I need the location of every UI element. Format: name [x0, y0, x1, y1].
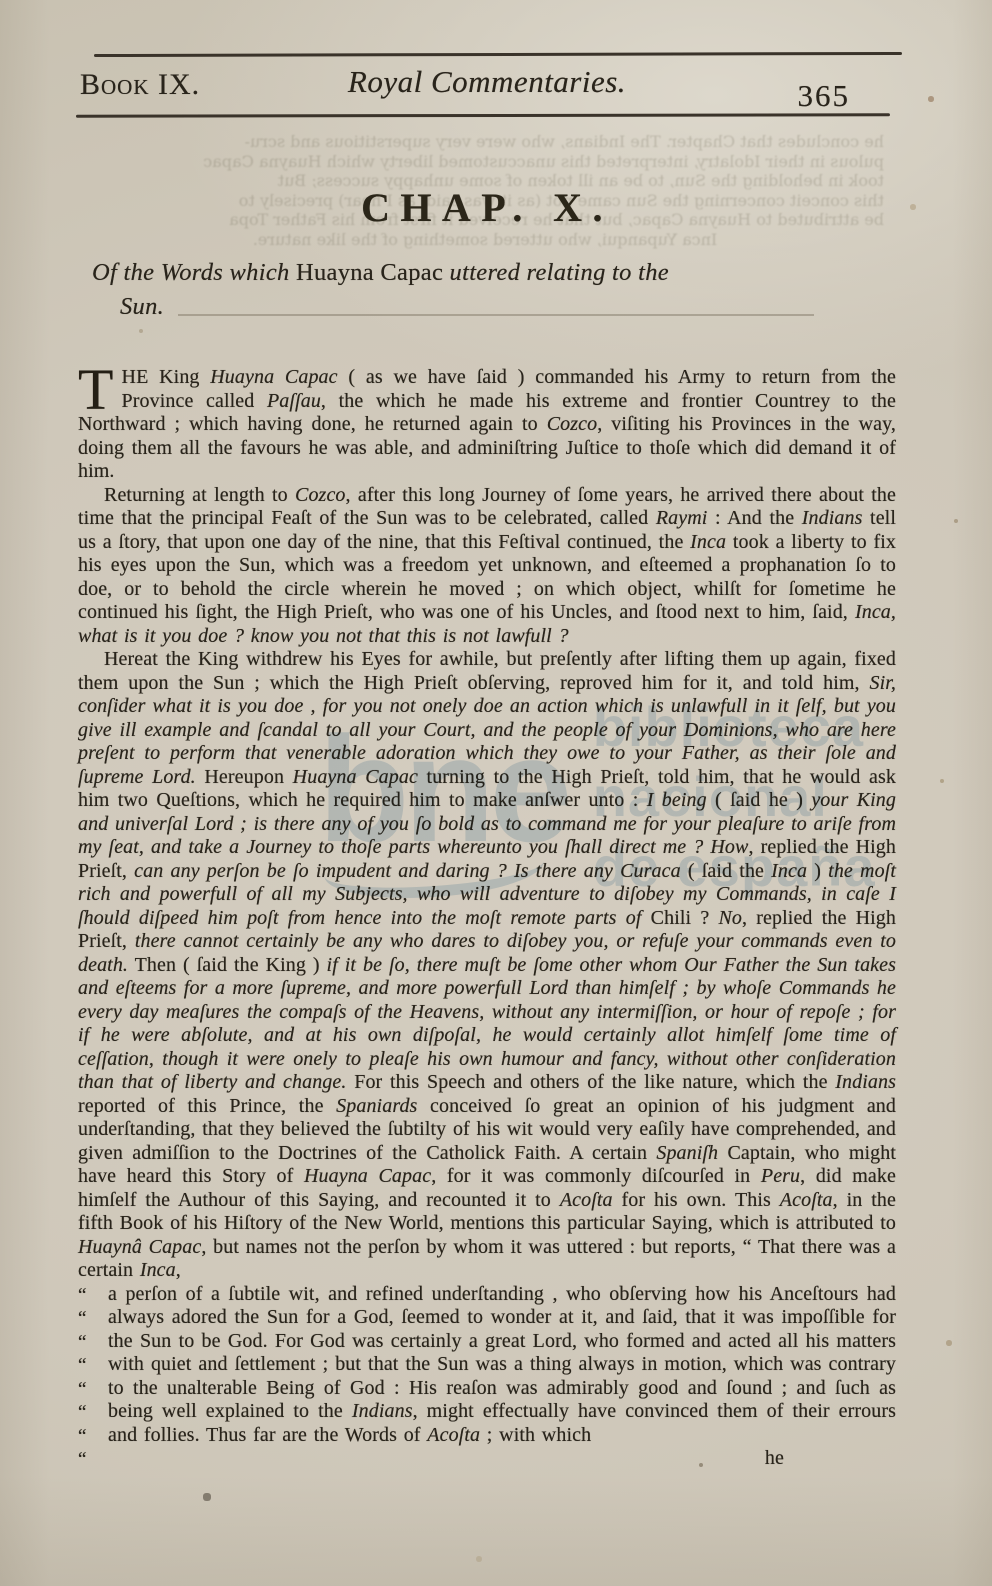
- chapter-subtitle-line1: Of the Words which Huayna Capac uttered …: [92, 256, 880, 290]
- header-rule-top: [94, 52, 902, 57]
- book-page-scan: Book IX. Royal Commentaries. 365 he conc…: [0, 0, 992, 1586]
- running-title: Royal Commentaries.: [78, 64, 896, 100]
- header-rule-bottom: [76, 113, 890, 117]
- chapter-subtitle-sun: Sun.: [120, 290, 164, 324]
- paragraph-2: Returning at length to Cozco, after this…: [78, 484, 896, 649]
- quote-gutter: ““““““““: [78, 1284, 87, 1472]
- chapter-subtitle: Of the Words which Huayna Capac uttered …: [92, 256, 880, 324]
- body-text: THE King Huayna Capac ( as we have ſaid …: [78, 366, 896, 1471]
- catchword: he: [78, 1447, 896, 1471]
- paragraph-1: THE King Huayna Capac ( as we have ſaid …: [78, 366, 896, 484]
- chapter-subtitle-line2: Sun.: [120, 290, 820, 324]
- chapter-heading: CHAP. X.: [78, 184, 896, 231]
- paragraph-4-text: a perſon of a ſubtile wit, and refined u…: [108, 1283, 896, 1446]
- paper-specks: [0, 0, 2, 2]
- page-number: 365: [798, 78, 851, 114]
- paragraph-3: Hereat the King withdrew his Eyes for aw…: [78, 648, 896, 1283]
- subtitle-rule: [178, 314, 814, 316]
- paragraph-1-text: HE King Huayna Capac ( as we have ſaid )…: [78, 366, 896, 482]
- running-header: Book IX. Royal Commentaries. 365: [78, 62, 896, 112]
- drop-cap: T: [78, 366, 122, 412]
- paragraph-4-quoted: ““““““““a perſon of a ſubtile wit, and r…: [78, 1283, 896, 1448]
